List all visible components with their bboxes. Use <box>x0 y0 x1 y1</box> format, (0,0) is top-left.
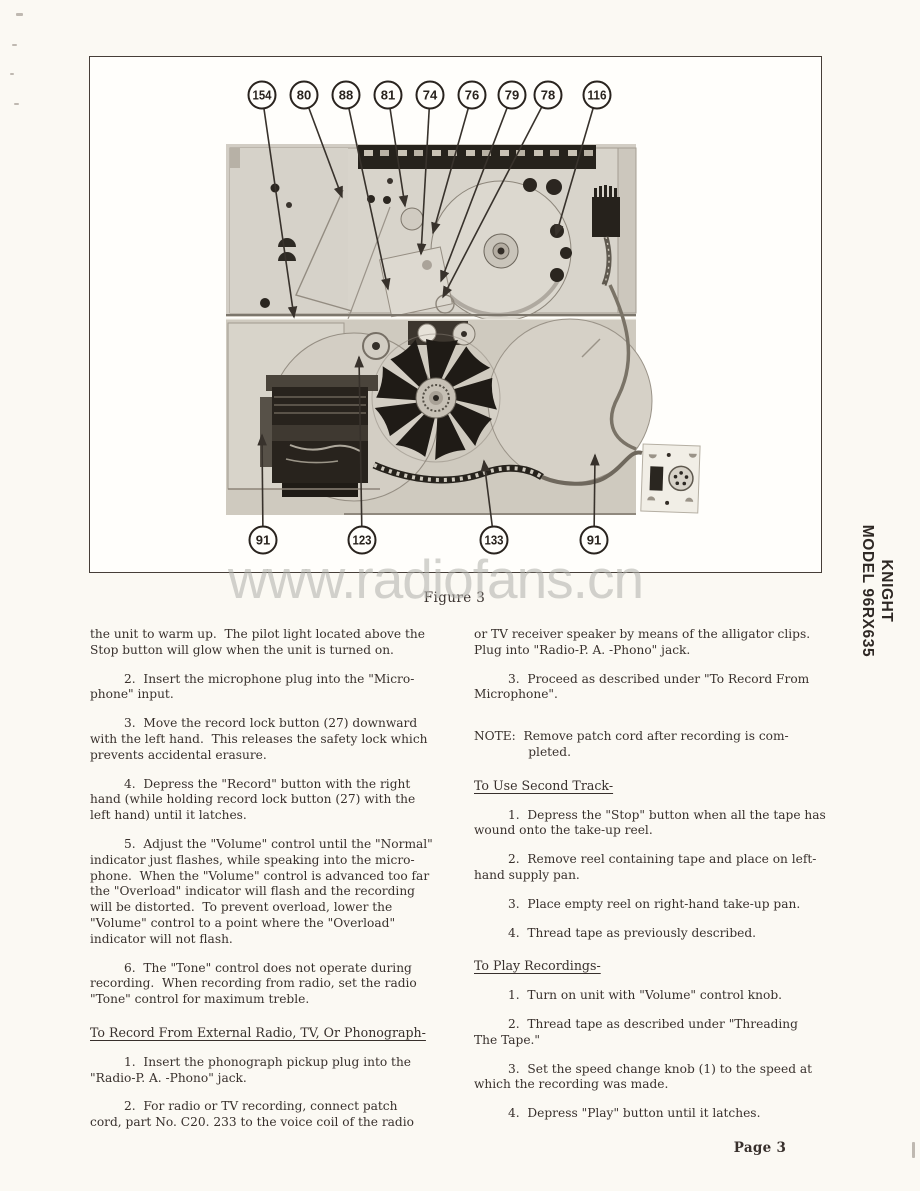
callouts-top: 154 80 88 81 74 76 79 78 116 <box>249 82 611 109</box>
paragraph-track-step1: 1. Depress the "Stop" button when all th… <box>474 808 830 840</box>
svg-text:91: 91 <box>587 533 601 548</box>
connector-plate <box>641 444 700 513</box>
paragraph-track-step4: 4. Thread tape as previously described. <box>474 926 830 942</box>
paragraph-track-step2: 2. Remove reel containing tape and place… <box>474 852 830 884</box>
paragraph-ext-step2: 2. For radio or TV recording, connect pa… <box>90 1099 446 1131</box>
watermark: www.radiofans.cn <box>228 547 643 611</box>
svg-text:79: 79 <box>505 88 519 103</box>
brand-name: KNIGHT <box>877 516 896 666</box>
model-side-label: KNIGHT MODEL 96RX635 <box>854 516 896 666</box>
paragraph-note: NOTE: Remove patch cord after recording … <box>474 729 830 761</box>
paragraph-track-step3: 3. Place empty reel on right-hand take-u… <box>474 897 830 913</box>
callout-80: 80 <box>291 82 318 109</box>
scan-speck <box>12 44 17 46</box>
svg-text:78: 78 <box>541 88 555 103</box>
svg-text:74: 74 <box>423 88 438 103</box>
page-number: Page 3 <box>700 1140 820 1156</box>
callout-154: 154 <box>249 82 276 109</box>
paragraph-intro: the unit to warm up. The pilot light loc… <box>90 627 446 659</box>
callout-81: 81 <box>375 82 402 109</box>
paragraph-step2: 2. Insert the microphone plug into the "… <box>90 672 446 704</box>
callout-79: 79 <box>499 82 526 109</box>
svg-text:154: 154 <box>253 88 273 103</box>
callout-78: 78 <box>535 82 562 109</box>
svg-text:133: 133 <box>485 533 504 548</box>
paragraph-play-step2: 2. Thread tape as described under "Threa… <box>474 1017 830 1049</box>
svg-text:91: 91 <box>256 533 270 548</box>
heading-record-external: To Record From External Radio, TV, Or Ph… <box>90 1025 446 1041</box>
heading-play-recordings: To Play Recordings- <box>474 958 830 974</box>
svg-text:81: 81 <box>381 88 395 103</box>
callout-88: 88 <box>333 82 360 109</box>
svg-text:76: 76 <box>465 88 479 103</box>
svg-text:88: 88 <box>339 88 353 103</box>
manual-page: { "page": { "watermark": "www.radiofans.… <box>0 0 920 1191</box>
svg-text:116: 116 <box>588 88 607 103</box>
scan-speck <box>10 73 14 75</box>
svg-text:80: 80 <box>297 88 311 103</box>
paragraph-step6: 6. The "Tone" control does not operate d… <box>90 961 446 1008</box>
heading-second-track: To Use Second Track- <box>474 778 830 794</box>
paragraph-step3: 3. Move the record lock button (27) down… <box>90 716 446 763</box>
scan-speck <box>912 1142 915 1158</box>
figure-3-frame: 154 80 88 81 74 76 79 78 116 91 123 133 … <box>89 56 822 573</box>
callout-76: 76 <box>459 82 486 109</box>
callout-116: 116 <box>584 82 611 109</box>
paragraph-step4: 4. Depress the "Record" button with the … <box>90 777 446 824</box>
scan-speck <box>14 103 19 105</box>
svg-text:123: 123 <box>353 533 372 548</box>
left-column: the unit to warm up. The pilot light loc… <box>90 627 446 1144</box>
paragraph-play-step1: 1. Turn on unit with "Volume" control kn… <box>474 988 830 1004</box>
paragraph-continuation: or TV receiver speaker by means of the a… <box>474 627 830 659</box>
right-column: or TV receiver speaker by means of the a… <box>474 627 830 1135</box>
scan-speck <box>16 13 23 16</box>
paragraph-ext-step1: 1. Insert the phonograph pickup plug int… <box>90 1055 446 1087</box>
paragraph-ext-step3: 3. Proceed as described under "To Record… <box>474 672 830 704</box>
model-number: MODEL 96RX635 <box>858 516 877 666</box>
paragraph-play-step3: 3. Set the speed change knob (1) to the … <box>474 1062 830 1094</box>
chassis-photo: 154 80 88 81 74 76 79 78 116 91 123 133 … <box>90 57 821 572</box>
callout-74: 74 <box>417 82 444 109</box>
paragraph-step5: 5. Adjust the "Volume" control until the… <box>90 837 446 948</box>
paragraph-play-step4: 4. Depress "Play" button until it latche… <box>474 1106 830 1122</box>
